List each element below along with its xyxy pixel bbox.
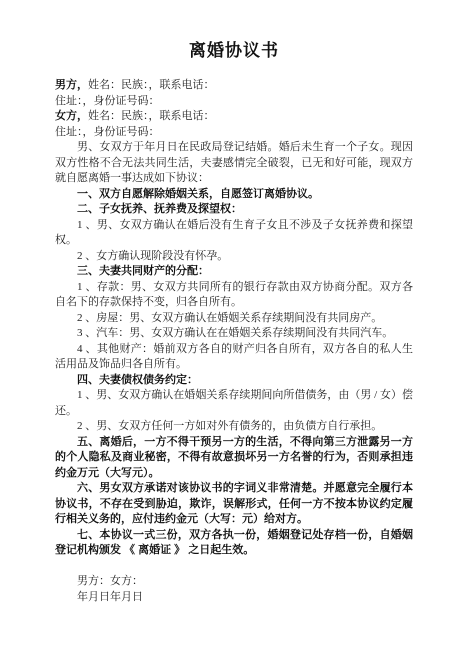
clause-5-paragraph: 五、离婚后，一方不得干预另一方的生活，不得向第三方泄露另一方的个人隐私及商业秘密… <box>55 435 413 482</box>
clause-4-item-1: 1 、男、女双方确认在婚姻关系存续期间向所借债务，由（男 / 女）偿还。 <box>55 388 413 419</box>
clause-3-item-3: 3 、汽车：男、女双方确认在在婚姻关系存续期间没有共同汽车。 <box>55 326 413 342</box>
clause-3-item-1: 1 、存款：男、女双方共同所有的银行存款由双方协商分配。双方各自名下的存款保持不… <box>55 280 413 311</box>
party-female-info-line-label: 女方， <box>55 110 88 122</box>
date-line: 年月日年月日 <box>55 590 413 606</box>
party-female-info-line: 女方，姓名：民族：，联系电话： <box>55 109 413 125</box>
clause-1-heading: 一、双方自愿解除婚姻关系，自愿签订离婚协议。 <box>55 187 413 203</box>
signature-line: 男方：女方： <box>55 574 413 590</box>
clause-2-item-1: 1 、男、女双方确认在婚后没有生育子女且不涉及子女抚养费和探望权。 <box>55 218 413 249</box>
clause-2-heading: 二、子女抚养、抚养费及探望权： <box>55 202 413 218</box>
clause-3-item-4: 4 、其他财产：婚前双方各自的财产归各自所有，双方各自的私人生活用品及饰品归各自… <box>55 342 413 373</box>
party-male-address-line: 住址：，身份证号码： <box>55 94 413 110</box>
clause-3-item-2: 2 、房屋：男、女双方确认在婚姻关系存续期间没有共同房产。 <box>55 311 413 327</box>
blank-line <box>55 559 413 575</box>
clause-4-heading: 四、夫妻债权债务约定： <box>55 373 413 389</box>
party-male-info-line-label: 男方， <box>55 79 88 91</box>
intro-paragraph: 男、女双方于年月日在民政局登记结婚。婚后未生育一个子女。现因双方性格不合无法共同… <box>55 140 413 187</box>
clause-7-paragraph: 七、本协议一式三份，双方各执一份，婚姻登记处存档一份，自婚姻登记机构颁发 《 离… <box>55 528 413 559</box>
clause-6-paragraph: 六、男女双方承诺对该协议书的字词义非常清楚。并愿意完全履行本协议书，不存在受到胁… <box>55 481 413 528</box>
party-female-address-line: 住址：，身份证号码： <box>55 125 413 141</box>
document-page: 离婚协议书 男方，姓名：民族：，联系电话：住址：，身份证号码：女方，姓名：民族：… <box>0 0 463 655</box>
clause-3-heading: 三、夫妻共同财产的分配： <box>55 264 413 280</box>
clause-4-item-2: 2 、男、女双方任何一方如对外有债务的，由负债方自行承担。 <box>55 419 413 435</box>
document-body: 男方，姓名：民族：，联系电话：住址：，身份证号码：女方，姓名：民族：，联系电话：… <box>55 78 413 605</box>
clause-2-item-2: 2 、女方确认现阶段没有怀孕。 <box>55 249 413 265</box>
party-male-info-line: 男方，姓名：民族：，联系电话： <box>55 78 413 94</box>
document-title: 离婚协议书 <box>55 40 413 62</box>
